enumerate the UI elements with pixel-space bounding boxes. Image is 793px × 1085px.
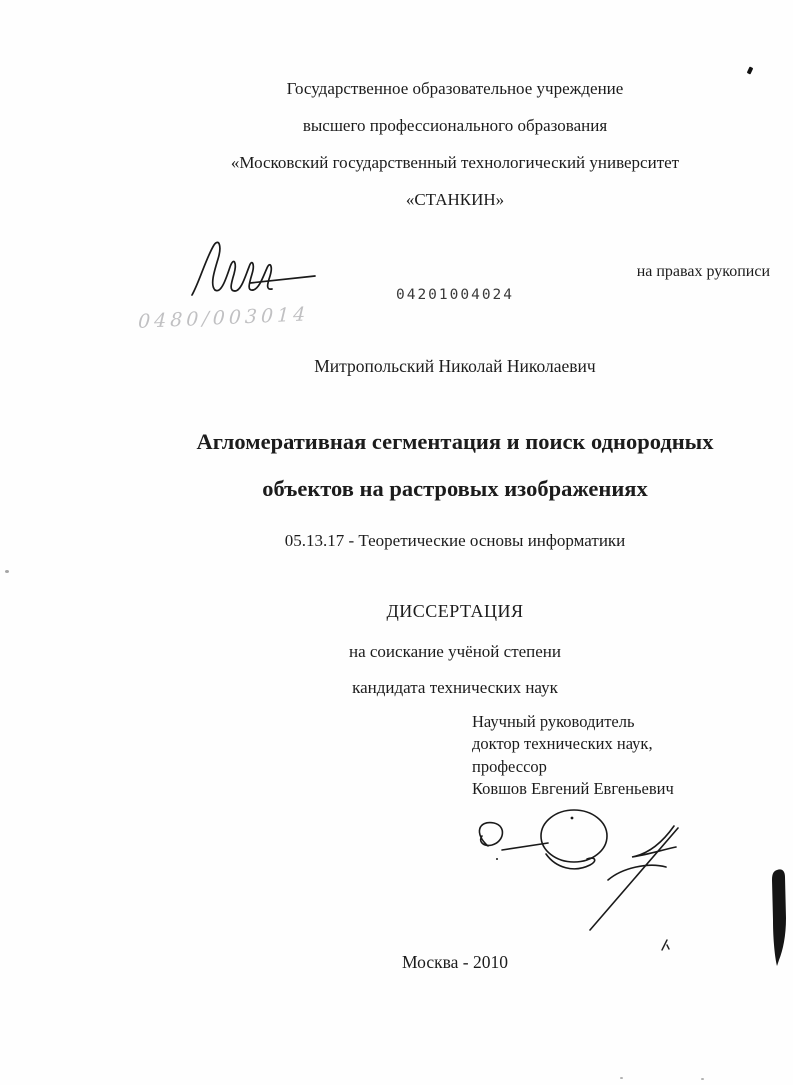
header-line-3: «Московский государственный технологичес… xyxy=(115,144,793,181)
dissertation-title: Агломеративная сегментация и поиск однор… xyxy=(115,418,793,512)
supervisor-line-4: Ковшов Евгений Евгеньевич xyxy=(472,778,772,800)
registration-number: 04201004024 xyxy=(115,287,793,303)
title-line-2: объектов на растровых изображениях xyxy=(115,465,793,512)
manuscript-note: на правах рукописи xyxy=(600,263,770,281)
degree-line-2: кандидата технических наук xyxy=(115,678,793,698)
author-name: Митропольский Николай Николаевич xyxy=(115,356,793,377)
supervisor-line-1: Научный руководитель xyxy=(472,711,772,733)
scan-speck-bottom-2 xyxy=(701,1078,704,1080)
header-line-4: «СТАНКИН» xyxy=(115,181,793,218)
scan-speck-left-margin xyxy=(5,570,9,573)
dissertation-title-page: Государственное образовательное учрежден… xyxy=(0,0,793,1085)
university-header: Государственное образовательное учрежден… xyxy=(115,70,793,218)
specialty-code: 05.13.17 - Теоретические основы информат… xyxy=(115,531,793,551)
header-line-1: Государственное образовательное учрежден… xyxy=(115,70,793,107)
title-line-1: Агломеративная сегментация и поиск однор… xyxy=(115,418,793,465)
supervisor-block: Научный руководитель доктор технических … xyxy=(472,711,772,800)
scan-speck-bottom-1 xyxy=(620,1077,623,1079)
header-line-2: высшего профессионального образования xyxy=(115,107,793,144)
dissertation-heading: ДИССЕРТАЦИЯ xyxy=(115,601,793,622)
supervisor-line-2: доктор технических наук, xyxy=(472,733,772,755)
stray-pen-mark xyxy=(660,938,672,952)
supervisor-signature-scribble xyxy=(450,800,690,945)
degree-line-1: на соискание учёной степени xyxy=(115,642,793,662)
city-year: Москва - 2010 xyxy=(115,952,793,973)
handwritten-number: 0480/003014 xyxy=(138,301,359,333)
supervisor-line-3: профессор xyxy=(472,756,772,778)
